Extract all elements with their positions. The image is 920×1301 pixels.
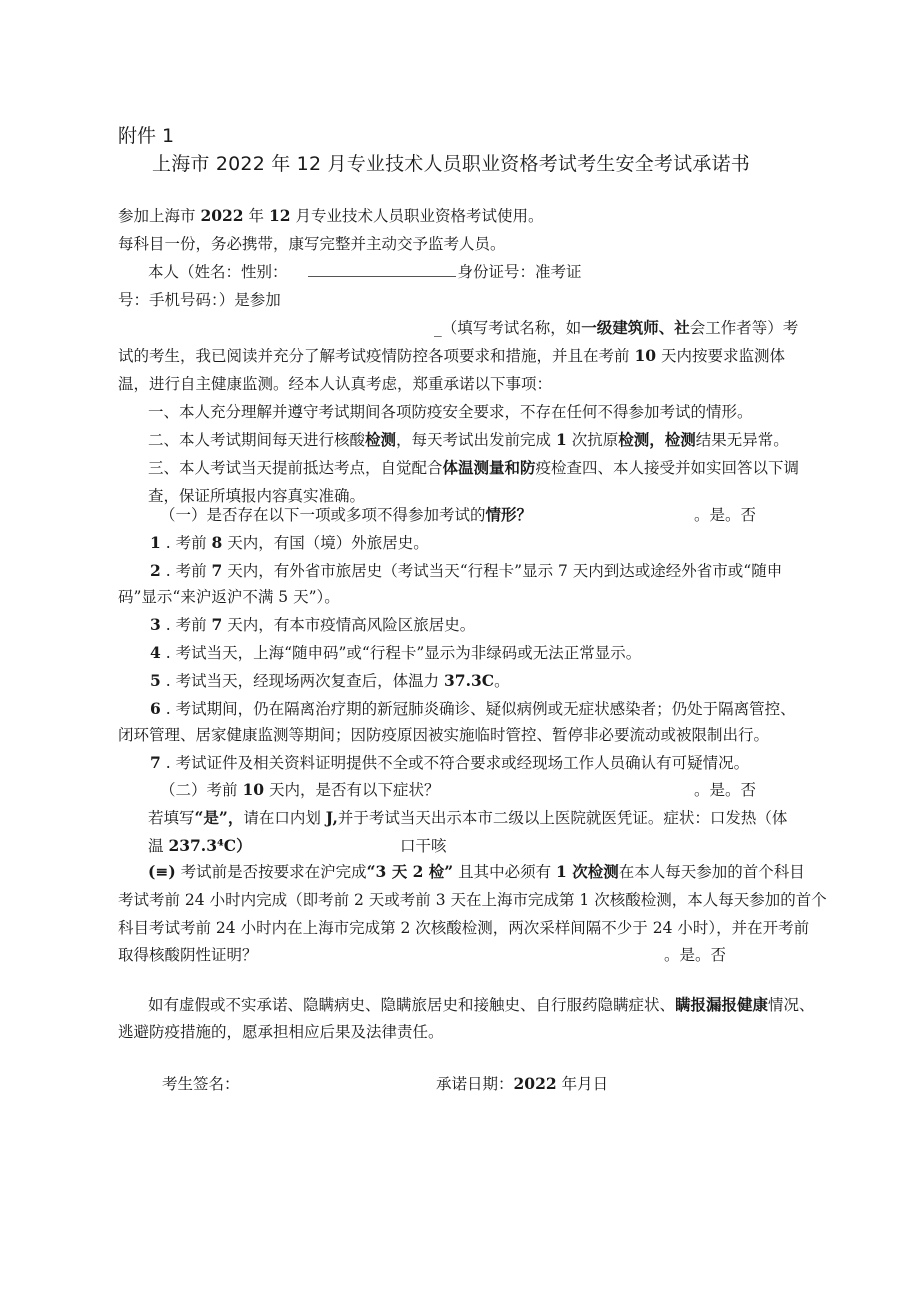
- declaration-line-2: 逃避防疫措施的，愿承担相应后果及法律责任。: [118, 1022, 444, 1042]
- intro-text: 参加上海市: [118, 207, 200, 225]
- document-page: 附件 1 上海市 2022 年 12 月专业技术人员职业资格考试考生安全考试承诺…: [0, 0, 920, 1301]
- section2-note-line-1: 若填写“是”，请在口内划 J,并于考试当天出示本市二级以上医院就医凭证。症状：口…: [148, 808, 787, 828]
- question-number: 10: [242, 780, 264, 799]
- exam-name-hint: _（填写考试名称，如: [434, 319, 581, 337]
- exam-name-example: 一级建筑师、社: [581, 319, 690, 337]
- intro-text: 年: [244, 207, 269, 225]
- section3-line-2: 考试考前 24 小时内完成（即考前 2 天或考前 3 天在上海市完成第 1 次核…: [118, 890, 827, 910]
- commitment-bold: 检测: [365, 431, 396, 449]
- item-text: . 考前: [161, 562, 212, 580]
- item-text: 。: [494, 672, 510, 690]
- item-text: . 考试当天，经现场两次复查后，体温力: [161, 672, 444, 690]
- days-number: 10: [634, 346, 656, 365]
- item-text: 天内，有外省市旅居史（考试当天“行程卡”显示 7 天内到达或途经外省市或“随申: [222, 562, 782, 580]
- note-text: 请在口内划: [243, 809, 325, 827]
- section3-text: 且其中必须有: [453, 863, 556, 881]
- question-text: 天内，是否有以下症状？: [264, 781, 439, 799]
- symptom-dry-cough-checkbox[interactable]: 口干咳: [400, 836, 447, 856]
- intro-line-1: 参加上海市 2022 年 12 月专业技术人员职业资格考试使用。: [118, 206, 543, 226]
- attachment-label: 附件 1: [118, 124, 174, 148]
- section1-item-6: 6 . 考试期间，仍在隔离治疗期的新冠肺炎确诊、疑似病例或无症状感染者；仍处于隔…: [150, 699, 796, 719]
- section3-line-3: 科目考试考前 24 小时内在上海市完成第 2 次核酸检测，两次采样间隔不少于 2…: [118, 918, 809, 938]
- personal-line-5: 温，进行自主健康监测。经本人认真考虑，郑重承诺以下事项：: [118, 374, 552, 394]
- section1-item-2: 2 . 考前 7 天内，有外省市旅居史（考试当天“行程卡”显示 7 天内到达或途…: [150, 561, 782, 581]
- question-text: （一）是否存在以下一项或多项不得参加考试的: [160, 506, 486, 524]
- date-year: 2022: [514, 1074, 557, 1093]
- declaration-text: 情况、: [768, 996, 815, 1014]
- section1-item-5: 5 . 考试当天，经现场两次复查后，体温力 37.3C。: [150, 671, 510, 691]
- commitment-bold: 体温测量和防: [443, 459, 536, 477]
- commitment-bold: 检测，检测: [618, 431, 696, 449]
- commitment-number: 1: [556, 430, 567, 449]
- section1-yes-no-options[interactable]: 。是。否: [694, 505, 756, 525]
- item-bold: 37.3C: [444, 671, 494, 690]
- item-number: 7: [150, 753, 161, 772]
- note-text: 并于考试当天出示本市二级以上医院就医凭证。症状：口发热（体: [338, 809, 788, 827]
- section3-text: 考试前是否按要求在沪完成: [176, 863, 367, 881]
- personal-name-gender-label: 本人（姓名：性别：: [148, 263, 288, 281]
- note-bold: 237.3⁴C）: [168, 836, 251, 855]
- intro-line-2: 每科目一份，务必携带，康写完整并主动交予监考人员。: [118, 234, 506, 254]
- section2-note-line-2: 温 237.3⁴C）: [148, 836, 252, 856]
- section1-item-4: 4 . 考试当天，上海“随申码”或“行程卡”显示为非绿码或无法正常显示。: [150, 643, 641, 663]
- personal-line-1: 本人（姓名：性别：身份证号：准考证: [148, 262, 582, 282]
- declaration-bold: 瞒报漏报健康: [675, 996, 768, 1014]
- section1-item-3: 3 . 考前 7 天内，有本市疫情高风险区旅居史。: [150, 615, 475, 635]
- item-number: 3: [150, 615, 161, 634]
- item-number: 2: [150, 561, 161, 580]
- intro-year: 2022: [200, 206, 243, 225]
- section1-item-6-cont: 闭环管理、居家健康监测等期间；因防疫原因被实施临时管控、暂停非必要流动或被限制出…: [118, 725, 769, 745]
- personal-text: 天内按要求监测体: [656, 347, 785, 365]
- commitment-date[interactable]: 承诺日期：2022 年月日: [436, 1074, 608, 1094]
- note-bold: “是”，: [195, 808, 244, 827]
- section3-line-4: 取得核酸阴性证明？: [118, 945, 258, 965]
- note-bold: J,: [326, 808, 338, 827]
- section1-item-1: 1 . 考前 8 天内，有国（境）外旅居史。: [150, 533, 429, 553]
- section3-text: 在本人每天参加的首个科目: [619, 863, 805, 881]
- note-text: 若填写: [148, 809, 195, 827]
- commitment-3: 三、本人考试当天提前抵达考点，自觉配合体温测量和防疫检查四、本人接受并如实回答以…: [148, 458, 799, 478]
- intro-month: 12: [269, 206, 291, 225]
- commitment-text: 三、本人考试当天提前抵达考点，自觉配合: [148, 459, 443, 477]
- item-number: 4: [150, 643, 161, 662]
- commitment-1: 一、本人充分理解并遵守考试期间各项防疫安全要求，不存在任何不得参加考试的情形。: [148, 402, 753, 422]
- personal-text: 试的考生，我已阅读并充分了解考试疫情防控各项要求和措施，并且在考前: [118, 347, 634, 365]
- item-text: . 考试证件及相关资料证明提供不全或不符合要求或经现场工作人员确认有可疑情况。: [161, 754, 749, 772]
- item-number: 1: [150, 533, 161, 552]
- item-text: . 考试当天，上海“随申码”或“行程卡”显示为非绿码或无法正常显示。: [161, 644, 641, 662]
- section2-yes-no-options[interactable]: 。是。否: [694, 780, 756, 800]
- item-number: 6: [150, 699, 161, 718]
- signature-label[interactable]: 考生签名：: [162, 1074, 240, 1094]
- document-title: 上海市 2022 年 12 月专业技术人员职业资格考试考生安全考试承诺书: [152, 152, 750, 176]
- note-text: 温: [148, 837, 168, 855]
- personal-id-label: 身份证号：准考证: [458, 263, 582, 281]
- section3-bold: 1 次检测: [556, 862, 619, 881]
- declaration-line-1: 如有虚假或不实承诺、隐瞒病史、隐瞒旅居史和接触史、自行服药隐瞒症状、瞒报漏报健康…: [148, 995, 815, 1015]
- date-rest: 年月日: [557, 1075, 608, 1093]
- personal-line-4: 试的考生，我已阅读并充分了解考试疫情防控各项要求和措施，并且在考前 10 天内按…: [118, 346, 785, 366]
- commitment-text: ，每天考试出发前完成: [396, 431, 556, 449]
- item-text: 天内，有本市疫情高风险区旅居史。: [222, 616, 475, 634]
- item-bold: 8: [212, 533, 223, 552]
- item-number: 5: [150, 671, 161, 690]
- intro-text: 月专业技术人员职业资格考试使用。: [291, 207, 544, 225]
- item-bold: 7: [212, 615, 223, 634]
- commitment-3-cont: 查，保证所填报内容真实准确。: [148, 486, 365, 506]
- section1-question: （一）是否存在以下一项或多项不得参加考试的情形？: [160, 505, 532, 525]
- declaration-text: 如有虚假或不实承诺、隐瞒病史、隐瞒旅居史和接触史、自行服药隐瞒症状、: [148, 996, 675, 1014]
- section3-yes-no-options[interactable]: 。是。否: [664, 945, 726, 965]
- section3-line-1: (≡) 考试前是否按要求在沪完成“3 天 2 检” 且其中必须有 1 次检测在本…: [148, 862, 805, 882]
- personal-line-3: _（填写考试名称，如一级建筑师、社会工作者等）考: [434, 318, 798, 338]
- date-label: 承诺日期：: [436, 1075, 514, 1093]
- item-text: . 考前: [161, 616, 212, 634]
- commitment-text: 结果无异常。: [696, 431, 789, 449]
- personal-line-2: 号：手机号码：）是参加: [118, 290, 281, 310]
- item-text: 天内，有国（境）外旅居史。: [222, 534, 428, 552]
- question-bold: 情形？: [486, 506, 533, 524]
- exam-name-hint: 会工作者等）考: [690, 319, 799, 337]
- section3-bold: “3 天 2 检”: [367, 862, 454, 881]
- blank-underline[interactable]: [308, 262, 456, 277]
- commitment-2: 二、本人考试期间每天进行核酸检测，每天考试出发前完成 1 次抗原检测，检测结果无…: [148, 430, 789, 450]
- item-text: . 考试期间，仍在隔离治疗期的新冠肺炎确诊、疑似病例或无症状感染者；仍处于隔离管…: [161, 700, 796, 718]
- section2-question: （二）考前 10 天内，是否有以下症状？: [160, 780, 439, 800]
- commitment-text: 疫检查四、本人接受并如实回答以下调: [536, 459, 800, 477]
- section1-item-2-cont: 码”显示“来沪返沪不满 5 天”）。: [118, 587, 340, 607]
- section3-label: (≡): [148, 862, 176, 881]
- commitment-text: 二、本人考试期间每天进行核酸: [148, 431, 365, 449]
- item-bold: 7: [212, 561, 223, 580]
- item-text: . 考前: [161, 534, 212, 552]
- commitment-text: 次抗原: [567, 431, 618, 449]
- question-text: （二）考前: [160, 781, 242, 799]
- section1-item-7: 7 . 考试证件及相关资料证明提供不全或不符合要求或经现场工作人员确认有可疑情况…: [150, 753, 749, 773]
